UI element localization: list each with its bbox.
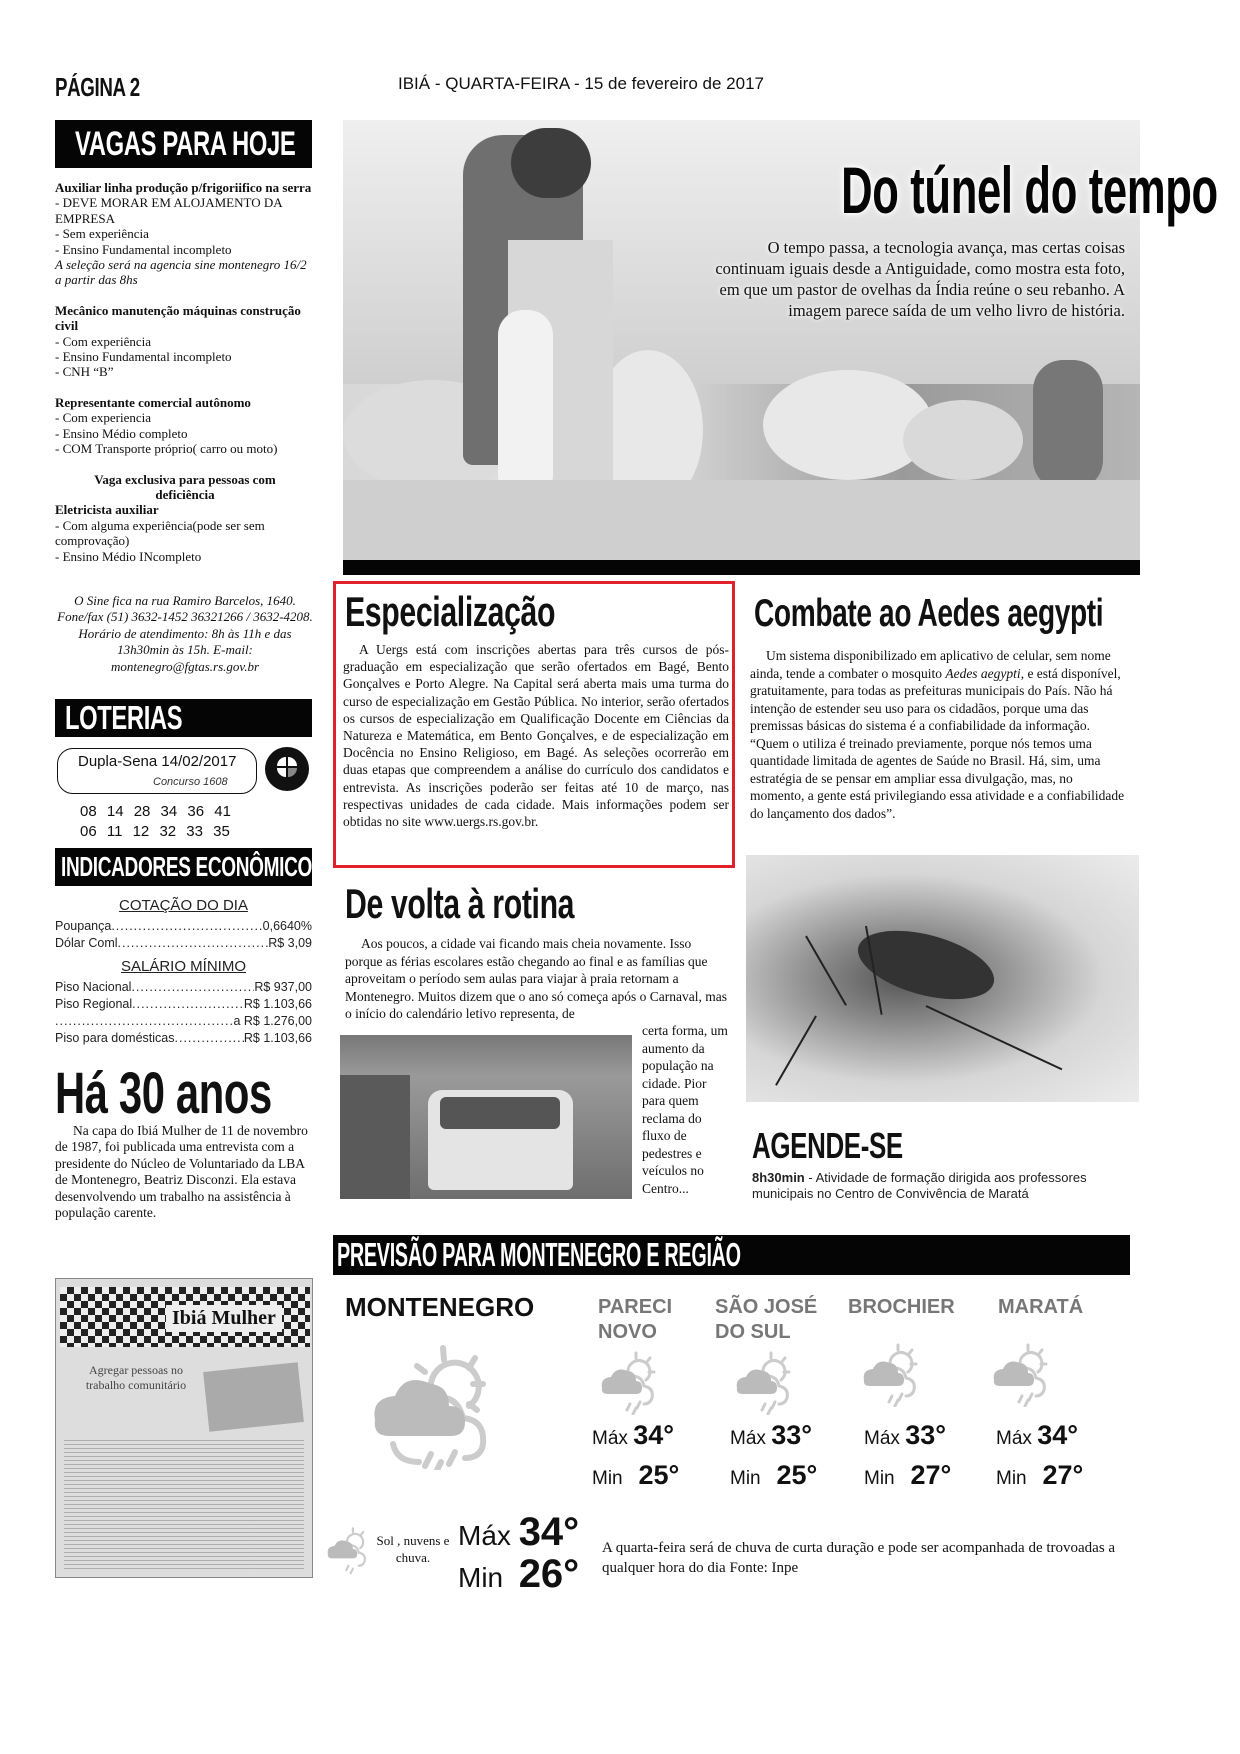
sun-cloud-rain-icon [365,1340,495,1470]
dateline: IBIÁ - QUARTA-FEIRA - 15 de fevereiro de… [398,74,764,94]
job-req: - DEVE MORAR EM ALOJAMENTO DA EMPRESA [55,195,315,226]
job-item: Mecânico manutenção máquinas construção … [55,303,315,380]
job-req: - Com experiência [55,334,315,349]
job-item: Vaga exclusiva para pessoas com deficiên… [55,472,315,564]
sun-cloud-rain-icon [990,1342,1050,1407]
weather-min-marata: Min 27° [996,1460,1083,1491]
sun-cloud-rain-icon [598,1350,658,1415]
especializacao-title: Especialização [345,588,555,636]
loterias-section-header: LOTERIAS [55,699,312,737]
weather-title: PREVISÃO PARA MONTENEGRO E REGIÃO [337,1235,741,1275]
indicator-row: a R$ 1.276,00 [55,1013,312,1030]
weather-max-pareci: Máx 34° [592,1420,674,1451]
indicator-row: Dólar ComlR$ 3,09 [55,935,312,952]
aedes-title: Combate ao Aedes aegypti [754,592,1103,636]
ha30-title: Há 30 anos [55,1060,272,1127]
vagas-section-header: VAGAS PARA HOJE [55,120,312,168]
job-section-heading: Vaga exclusiva para pessoas com deficiên… [55,472,315,503]
lottery-game-name: Dupla-Sena 14/02/2017 [78,753,236,770]
weather-main-description: Sol , nuvens e chuva. [372,1532,454,1566]
salario-title: SALÁRIO MÍNIMO [55,958,312,975]
sun-cloud-rain-icon [733,1350,793,1415]
job-req: - Ensino Médio INcompleto [55,549,315,564]
indicator-row: Piso para domésticasR$ 1.103,66 [55,1030,312,1047]
lottery-game-box: Dupla-Sena 14/02/2017 Concurso 1608 [57,748,257,794]
indicadores-title: INDICADORES ECONÔMICOS [61,848,324,886]
indicadores-section-header: INDICADORES ECONÔMICOS [55,848,312,886]
ibia-mulher-clipping-image: Ibiá Mulher Agregar pessoas no trabalho … [55,1278,313,1578]
job-req: - Ensino Médio completo [55,426,315,441]
hero-title: Do túnel do tempo [841,152,1218,228]
job-title: Auxiliar linha produção p/frigoriifico n… [55,180,315,195]
weather-city-brochier: BROCHIER [848,1295,955,1320]
economic-indicators: COTAÇÃO DO DIA Poupança0,6640% Dólar Com… [55,895,312,1047]
indicator-row: Piso NacionalR$ 937,00 [55,979,312,996]
job-title: Representante comercial autônomo [55,395,315,410]
weather-main-max: Máx 34° [458,1510,579,1555]
job-req: - COM Transporte próprio( carro ou moto) [55,441,315,456]
weather-main-min: Min 26° [458,1552,579,1597]
job-req: - Ensino Fundamental incompleto [55,349,315,364]
rotina-title: De volta à rotina [345,880,574,928]
hero-caption: O tempo passa, a tecnologia avança, mas … [700,237,1125,321]
weather-min-pareci: Min 25° [592,1460,679,1491]
clipping-title: Ibiá Mulher [166,1305,282,1332]
page-label: PÁGINA 2 [55,72,140,103]
weather-city-sao-jose-do-sul: SÃO JOSÉ DO SUL [715,1295,817,1345]
clipping-columns [64,1437,304,1572]
weather-max-marata: Máx 34° [996,1420,1078,1451]
weather-city-pareci-novo: PARECI NOVO [598,1295,672,1345]
mosquito-photo [746,855,1139,1102]
lottery-concurso: Concurso 1608 [153,776,228,788]
rotina-text: Aos poucos, a cidade vai ficando mais ch… [345,935,730,1023]
rotina-text-continued: certa forma, um aumento da população na … [642,1022,732,1197]
loterias-title: LOTERIAS [65,699,182,737]
especializacao-text: A Uergs está com inscrições abertas para… [343,641,729,830]
weather-min-sao-jose: Min 25° [730,1460,817,1491]
job-list: Auxiliar linha produção p/frigoriifico n… [55,180,315,579]
agende-item: 8h30min - Atividade de formação dirigida… [752,1170,1132,1202]
job-title: Mecânico manutenção máquinas construção … [55,303,315,334]
job-req: - Sem experiência [55,226,315,241]
vagas-title: VAGAS PARA HOJE [75,120,295,168]
job-note: A seleção será na agencia sine montenegr… [55,257,315,288]
job-item: Auxiliar linha produção p/frigoriifico n… [55,180,315,288]
job-req: - Com alguma experiência(pode ser sem co… [55,518,315,549]
weather-section-header: PREVISÃO PARA MONTENEGRO E REGIÃO [333,1235,1130,1275]
weather-max-brochier: Máx 33° [864,1420,946,1451]
weather-max-sao-jose: Máx 33° [730,1420,812,1451]
sine-info: O Sine fica na rua Ramiro Barcelos, 1640… [55,593,315,675]
dupla-sena-logo-icon [265,747,309,791]
lottery-draw-1: 08 14 28 34 36 41 [80,802,231,822]
cotacao-title: COTAÇÃO DO DIA [55,897,312,914]
job-title: Eletricista auxiliar [55,502,315,517]
weather-min-brochier: Min 27° [864,1460,951,1491]
job-req: - Ensino Fundamental incompleto [55,242,315,257]
traffic-photo [340,1035,632,1199]
sun-cloud-rain-icon [325,1525,369,1575]
weather-city-marata: MARATÁ [998,1295,1083,1320]
lottery-draw-2: 06 11 12 32 33 35 [80,822,231,842]
sun-cloud-rain-icon [860,1342,920,1407]
job-req: - CNH “B” [55,364,315,379]
aedes-text: Um sistema disponibilizado em aplicativo… [750,647,1130,822]
clipping-photo [203,1362,304,1432]
job-item: Representante comercial autônomo - Com e… [55,395,315,457]
ha30-text: Na capa do Ibiá Mulher de 11 de novembro… [55,1123,315,1221]
indicator-row: Piso RegionalR$ 1.103,66 [55,996,312,1013]
clipping-headline: Agregar pessoas no trabalho comunitário [76,1363,196,1393]
agende-title: AGENDE-SE [752,1125,903,1167]
weather-note: A quarta-feira será de chuva de curta du… [602,1538,1122,1578]
weather-main-city: MONTENEGRO [345,1295,534,1320]
lottery-numbers: 08 14 28 34 36 41 06 11 12 32 33 35 [80,802,231,842]
job-req: - Com experiencia [55,410,315,425]
indicator-row: Poupança0,6640% [55,918,312,935]
